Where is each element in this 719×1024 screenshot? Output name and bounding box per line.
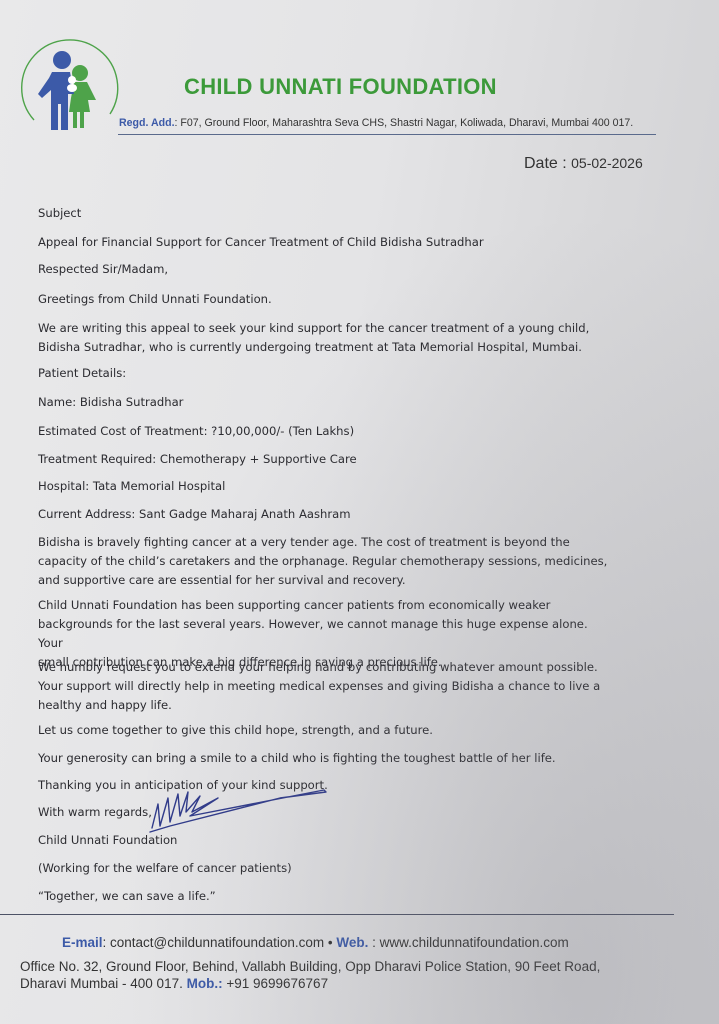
email-label: E-mail	[62, 935, 103, 950]
patient-details-heading: Patient Details:	[38, 364, 598, 382]
paragraph-line: and supportive care are essential for he…	[38, 571, 608, 590]
paragraph-line: Bidisha is bravely fighting cancer at a …	[38, 533, 608, 552]
mobile-value: +91 9699676767	[223, 976, 328, 991]
detail-value: Bidisha Sutradhar	[80, 395, 184, 409]
letter-date: Date : 05-02-2026	[524, 155, 643, 173]
header-divider	[118, 134, 656, 135]
greeting: Greetings from Child Unnati Foundation.	[38, 290, 598, 308]
paragraph-line: healthy and happy life.	[38, 696, 608, 715]
detail-label: Current Address:	[38, 507, 135, 521]
footer-contact: E-mail: contact@childunnatifoundation.co…	[62, 935, 569, 950]
office-address-line: Dharavi Mumbai - 400 017. Mob.: +91 9699…	[20, 975, 690, 992]
paragraph-line: capacity of the child’s caretakers and t…	[38, 552, 608, 571]
signatory-tagline: (Working for the welfare of cancer patie…	[38, 859, 598, 877]
registered-address-value: : F07, Ground Floor, Maharashtra Seva CH…	[175, 117, 634, 129]
detail-label: Hospital:	[38, 479, 89, 493]
intro-paragraph: We are writing this appeal to seek your …	[38, 319, 608, 357]
intro-line: We are writing this appeal to seek your …	[38, 319, 608, 338]
motto: “Together, we can save a life.”	[38, 887, 598, 905]
paragraph-line: backgrounds for the last several years. …	[38, 615, 608, 653]
patient-detail-address: Current Address: Sant Gadge Maharaj Anat…	[38, 505, 598, 523]
date-value: 05-02-2026	[571, 155, 643, 171]
paragraph-condition: Bidisha is bravely fighting cancer at a …	[38, 533, 608, 590]
registered-address: Regd. Add.: F07, Ground Floor, Maharasht…	[119, 117, 633, 129]
detail-value: Chemotherapy + Supportive Care	[160, 452, 357, 466]
family-logo-icon	[14, 28, 122, 136]
patient-detail-treatment: Treatment Required: Chemotherapy + Suppo…	[38, 450, 598, 468]
intro-line: Bidisha Sutradhar, who is currently unde…	[38, 338, 608, 357]
patient-detail-cost: Estimated Cost of Treatment: ?10,00,000/…	[38, 422, 598, 440]
footer-divider	[0, 914, 674, 915]
subject-line: Appeal for Financial Support for Cancer …	[38, 233, 598, 251]
detail-label: Estimated Cost of Treatment:	[38, 424, 207, 438]
patient-detail-name: Name: Bidisha Sutradhar	[38, 393, 598, 411]
salutation: Respected Sir/Madam,	[38, 260, 598, 278]
footer-address: Office No. 32, Ground Floor, Behind, Val…	[20, 958, 690, 992]
detail-label: Name:	[38, 395, 76, 409]
mobile-label: Mob.:	[187, 976, 223, 991]
detail-value: Sant Gadge Maharaj Anath Aashram	[139, 507, 351, 521]
patient-detail-hospital: Hospital: Tata Memorial Hospital	[38, 477, 598, 495]
subject-heading: Subject	[38, 204, 598, 222]
detail-value: Tata Memorial Hospital	[93, 479, 225, 493]
office-address-city: Dharavi Mumbai - 400 017.	[20, 976, 187, 991]
closing-line-generosity: Your generosity can bring a smile to a c…	[38, 749, 598, 767]
paragraph-line: Your support will directly help in meeti…	[38, 677, 608, 696]
registered-address-label: Regd. Add.	[119, 117, 175, 129]
paragraph-request: We humbly request you to extend your hel…	[38, 658, 608, 715]
web-value: : www.childunnatifoundation.com	[368, 935, 568, 950]
organization-name: CHILD UNNATI FOUNDATION	[184, 74, 497, 100]
paragraph-line: Child Unnati Foundation has been support…	[38, 596, 608, 615]
closing-line-hope: Let us come together to give this child …	[38, 721, 598, 739]
email-value: : contact@childunnatifoundation.com •	[103, 935, 337, 950]
office-address-line: Office No. 32, Ground Floor, Behind, Val…	[20, 958, 690, 975]
detail-label: Treatment Required:	[38, 452, 156, 466]
date-label: Date :	[524, 155, 567, 172]
detail-value: ?10,00,000/- (Ten Lakhs)	[211, 424, 354, 438]
signature-icon	[130, 786, 330, 836]
paragraph-line: We humbly request you to extend your hel…	[38, 658, 608, 677]
web-label: Web.	[336, 935, 368, 950]
letter-page: CHILD UNNATI FOUNDATION Regd. Add.: F07,…	[0, 0, 719, 1024]
